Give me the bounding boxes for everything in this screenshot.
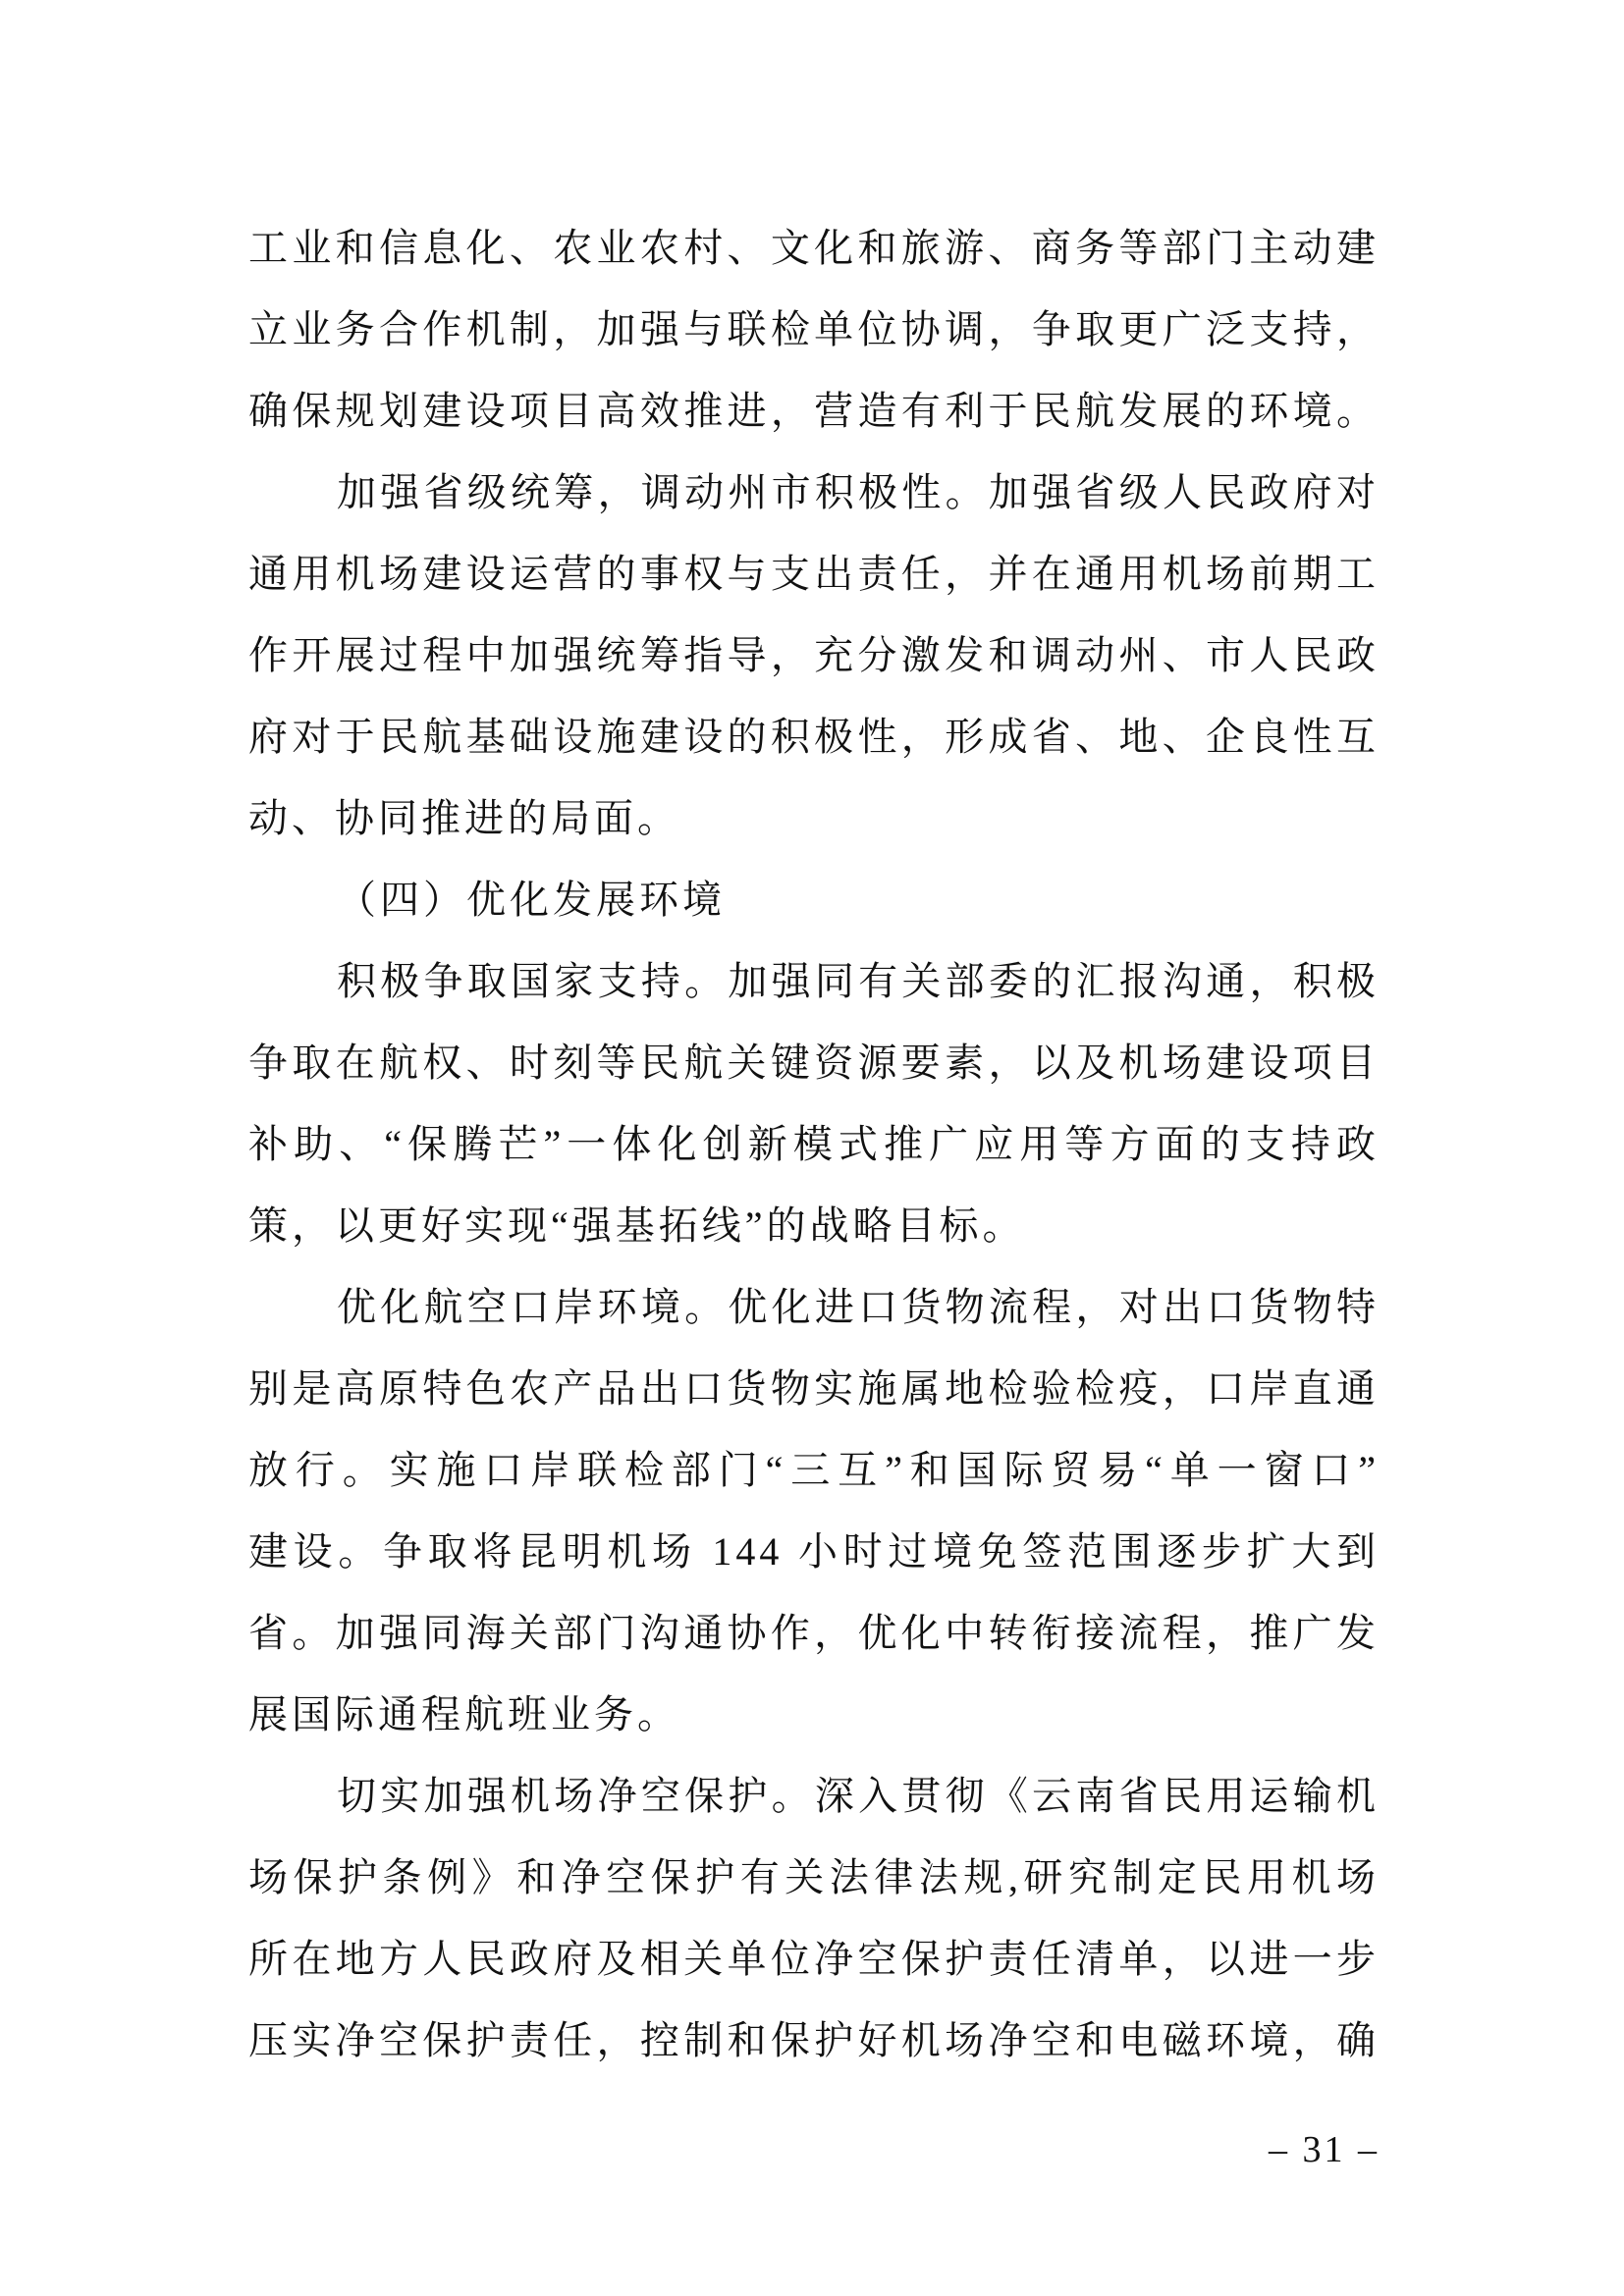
text-line: 加强省级统筹，调动州市积极性。加强省级人民政府对 xyxy=(248,452,1380,533)
text-line: 放行。实施口岸联检部门“三互”和国际贸易“单一窗口” xyxy=(248,1429,1380,1511)
text-line: 府对于民航基础设施建设的积极性，形成省、地、企良性互 xyxy=(248,696,1380,777)
text-line: 别是高原特色农产品出口货物实施属地检验检疫，口岸直通 xyxy=(248,1348,1380,1429)
text-line: 通用机场建设运营的事权与支出责任，并在通用机场前期工 xyxy=(248,533,1380,614)
text-line: 立业务合作机制，加强与联检单位协调，争取更广泛支持， xyxy=(248,289,1380,370)
document-page: { "page": { "background": "#ffffff", "te… xyxy=(0,0,1624,2296)
text-line: 建设。争取将昆明机场 144 小时过境免签范围逐步扩大到全 xyxy=(248,1511,1380,1592)
text-line: 争取在航权、时刻等民航关键资源要素，以及机场建设项目 xyxy=(248,1022,1380,1103)
text-line: 积极争取国家支持。加强同有关部委的汇报沟通，积极 xyxy=(248,940,1380,1022)
text-line: 确保规划建设项目高效推进，营造有利于民航发展的环境。 xyxy=(248,370,1380,452)
text-line: 所在地方人民政府及相关单位净空保护责任清单，以进一步 xyxy=(248,1918,1380,2000)
section-heading: （四）优化发展环境 xyxy=(248,859,1380,940)
page-number: – 31 – xyxy=(1269,2128,1380,2171)
text-block: 工业和信息化、农业农村、文化和旅游、商务等部门主动建立业务合作机制，加强与联检单… xyxy=(248,207,1380,2081)
text-line: 展国际通程航班业务。 xyxy=(248,1674,1380,1755)
text-line: 压实净空保护责任，控制和保护好机场净空和电磁环境，确 xyxy=(248,2000,1380,2081)
page: 工业和信息化、农业农村、文化和旅游、商务等部门主动建立业务合作机制，加强与联检单… xyxy=(0,0,1624,2296)
text-line: 工业和信息化、农业农村、文化和旅游、商务等部门主动建 xyxy=(248,207,1380,289)
text-line: 切实加强机场净空保护。深入贯彻《云南省民用运输机 xyxy=(248,1755,1380,1837)
text-line: 省。加强同海关部门沟通协作，优化中转衔接流程，推广发 xyxy=(248,1592,1380,1674)
text-line: 优化航空口岸环境。优化进口货物流程，对出口货物特 xyxy=(248,1266,1380,1348)
text-line: 场保护条例》和净空保护有关法律法规,研究制定民用机场 xyxy=(248,1837,1380,1918)
text-line: 补助、“保腾芒”一体化创新模式推广应用等方面的支持政 xyxy=(248,1103,1380,1185)
text-line: 策，以更好实现“强基拓线”的战略目标。 xyxy=(248,1185,1380,1266)
text-line: 作开展过程中加强统筹指导，充分激发和调动州、市人民政 xyxy=(248,614,1380,696)
text-line: 动、协同推进的局面。 xyxy=(248,777,1380,859)
